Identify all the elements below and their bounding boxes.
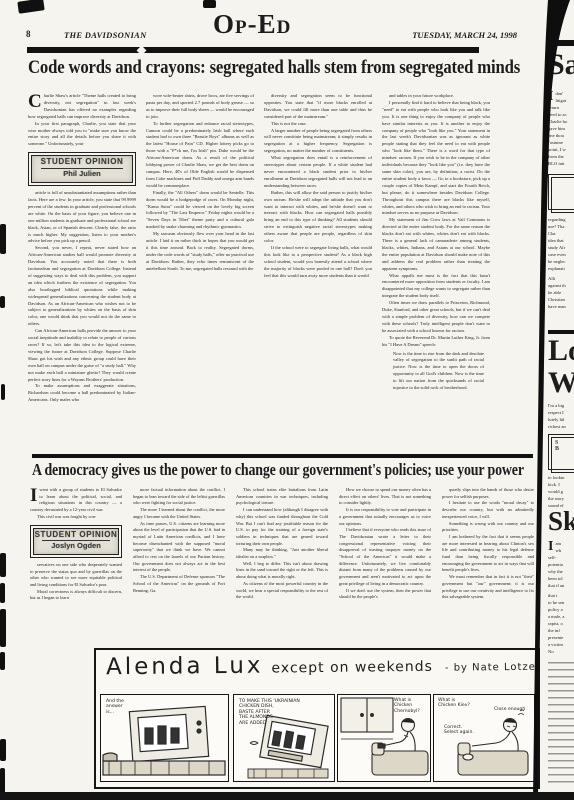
speech-panel4: What is Chicken Kiev?: [438, 698, 470, 709]
paragraph: Charlie Shaw's article "Theme halls crea…: [28, 93, 136, 121]
paragraph-group: This civil war was fought by con-: [30, 514, 122, 521]
paragraph: This civil war was fought by con-: [30, 514, 122, 521]
article2-column-5: quietly slips into the hands of those wh…: [442, 487, 534, 642]
paragraph: I am bothered by the fact that it seems …: [442, 534, 534, 574]
paragraph: Rather, this will allow the said person …: [264, 190, 372, 245]
scan-artifact: [0, 553, 6, 577]
paragraph: What segregation does entail is a reinfo…: [264, 155, 372, 190]
article1-headline: Code words and crayons: segregated halls…: [28, 57, 520, 79]
paragraph: This is not the case.: [264, 121, 372, 128]
article1-column-3: diversity and segregation seem to be fun…: [264, 93, 372, 453]
paragraph: Second, you never, I repeat, never state…: [28, 245, 136, 328]
paragraph: To quote the Reverend Dr. Martin Luther …: [382, 335, 490, 349]
paragraph: How we choose to spend our money often h…: [339, 487, 431, 507]
paragraph: To further segregation and enhance racia…: [146, 121, 254, 190]
scan-artifact: [0, 768, 5, 794]
byline-label: Student Opinion: [32, 159, 132, 166]
scan-artifact: [0, 296, 5, 308]
paragraph: My sarcasm obviously flew over your head…: [146, 231, 254, 272]
paragraph: diversity and segregation seem to be fun…: [264, 93, 372, 121]
bottom-scan-edge: [0, 792, 574, 800]
article2-column-4: How we choose to spend our money often h…: [339, 487, 431, 642]
paragraph: Finally, the "All Others" dorm would be …: [146, 190, 254, 231]
paragraph-group: article is full of unsubstantiated assum…: [28, 190, 136, 404]
article2-column-3: This school trains elite battalions from…: [236, 487, 328, 642]
issue-date: TUESDAY, MARCH 24, 1998: [340, 30, 517, 40]
scan-artifact: [0, 583, 5, 603]
speech-panel1: And the answer is...: [106, 699, 124, 715]
speech-panel2: TO MAKE THIS 'UKRAINIAN CHICKEN DISH, BA…: [239, 699, 300, 726]
comic-panel-4: What is Chicken Kiev? Close enough Corre…: [433, 694, 535, 782]
speech-panel3: What is Chicken Chernobyl?: [394, 698, 420, 714]
comic-title-sub: except on weekends: [271, 659, 433, 677]
article1-column-1: Charlie Shaw's article "Theme halls crea…: [28, 93, 136, 453]
paragraph: In your first paragraph, Charlie, you st…: [28, 121, 136, 149]
article2-headline: A democracy gives us the power to change…: [32, 460, 524, 480]
scan-artifact: [0, 652, 5, 670]
paragraph: As citizens of the most powerful country…: [236, 581, 328, 601]
reply-panel4: Close enough: [494, 707, 525, 712]
scan-artifact: [0, 609, 6, 647]
scan-artifact: [17, 0, 44, 14]
comic-credit: - by Nate Lotze: [445, 662, 536, 674]
paragraph: I hesitate to use the words "moral decay…: [442, 500, 534, 520]
comic-panel-1: And the answer is...: [100, 694, 229, 782]
article1-column-4: and tables in your future workplace.I pe…: [382, 93, 490, 453]
header-rule: [27, 47, 479, 53]
byline-author: Phil Julien: [32, 171, 132, 178]
page-fold-artifact: [532, 0, 574, 800]
drop-cap: I: [30, 487, 39, 503]
comic-panel-2: TO MAKE THIS 'UKRAINIAN CHICKEN DISH, BA…: [233, 694, 335, 782]
paragraph-group: servatives on one side who desperately w…: [30, 562, 122, 602]
paragraph: more factual information about the confl…: [133, 487, 225, 507]
paragraph-group: and tables in your future workplace.I pe…: [382, 93, 490, 349]
paragraph: It is our responsibility to vote and par…: [339, 507, 431, 527]
paragraph: I can understand how (although I disagre…: [236, 507, 328, 547]
paragraph: If the school were to segregate living h…: [264, 245, 372, 280]
paragraph: Iwent with a group of students to El Sal…: [30, 487, 122, 514]
scan-artifact: [1, 384, 5, 400]
article2-column-2: more factual information about the confl…: [133, 487, 225, 642]
scan-artifact: [0, 224, 6, 254]
article2-column-1: Iwent with a group of students to El Sal…: [30, 487, 122, 642]
page-number: 8: [26, 29, 31, 39]
paragraph: Something is wrong with our country and …: [442, 521, 534, 534]
byline-author: Joslyn Ogden: [34, 543, 118, 550]
paragraph: This school trains elite battalions from…: [236, 487, 328, 507]
paragraph: wore wife-beater shirts, drove Irocs, at…: [146, 93, 254, 121]
article1-column-2: wore wife-beater shirts, drove Irocs, at…: [146, 93, 254, 453]
paragraph: Well, I beg to differ. This isn't about …: [236, 561, 328, 581]
paragraph: The more I learned about the conflict, t…: [133, 507, 225, 520]
student-opinion-box: Student Opinion Joslyn Ogden: [30, 525, 122, 558]
paper-name: THE DAVIDSONIAN: [64, 30, 147, 40]
paragraph: Often times we draw parallels to Princet…: [382, 300, 490, 335]
comic-title: Alenda Luxexcept on weekends- by Nate Lo…: [106, 650, 536, 680]
paragraph: Can African-American halls provide the a…: [28, 328, 136, 383]
paragraph: Moral correctness is always difficult to…: [30, 589, 122, 602]
paragraph: quietly slips into the hands of those wh…: [442, 487, 534, 500]
mlk-quote: Now is the time to rise from the dark an…: [393, 351, 484, 392]
paragraph: My statement of Jim Crow laws at Vail Co…: [382, 217, 490, 272]
paragraph: What appalls me most is the fact that th…: [382, 273, 490, 301]
paragraph: The U.S. Department of Defense sponsors …: [133, 574, 225, 594]
paragraph: article is full of unsubstantiated assum…: [28, 190, 136, 245]
paragraph: To make assumptions and exaggerate situa…: [28, 383, 136, 404]
comic-strip: Alenda Luxexcept on weekends- by Nate Lo…: [94, 648, 540, 789]
byline-label: Student Opinion: [34, 532, 118, 539]
paragraph: If we don't use the system, then the pow…: [339, 588, 431, 601]
screen-text-panel4: Correct. Select again.: [444, 725, 474, 736]
student-opinion-box: Student Opinion Phil Julien: [28, 152, 136, 186]
paragraph: Many may be thinking, "Just another libe…: [236, 547, 328, 560]
paragraph-group: In your first paragraph, Charlie, you st…: [28, 121, 136, 149]
paragraph: A larger number of people being segregat…: [264, 128, 372, 156]
newspaper-page: 8 THE DAVIDSONIAN Op-Ed TUESDAY, MARCH 2…: [0, 0, 574, 800]
comic-panel-3: What is Chicken Chernobyl?: [337, 694, 431, 782]
scan-artifact: [0, 739, 6, 761]
paragraph: servatives on one side who desperately w…: [30, 562, 122, 589]
scan-artifact: [203, 0, 216, 8]
article2-top-rule: [32, 454, 533, 458]
comic-title-main: Alenda Lux: [106, 653, 264, 681]
section-title: Op-Ed: [213, 9, 291, 40]
paragraph: and tables in your future workplace.: [382, 93, 490, 100]
paragraph: I personally find it hard to believe tha…: [382, 100, 490, 217]
paragraph: As time passes, U.S. citizens are learni…: [133, 521, 225, 575]
drop-cap: C: [28, 93, 44, 109]
paragraph: We must remember that in fact it is not …: [442, 574, 534, 601]
paragraph: I believe that if everyone who reads thi…: [339, 527, 431, 587]
